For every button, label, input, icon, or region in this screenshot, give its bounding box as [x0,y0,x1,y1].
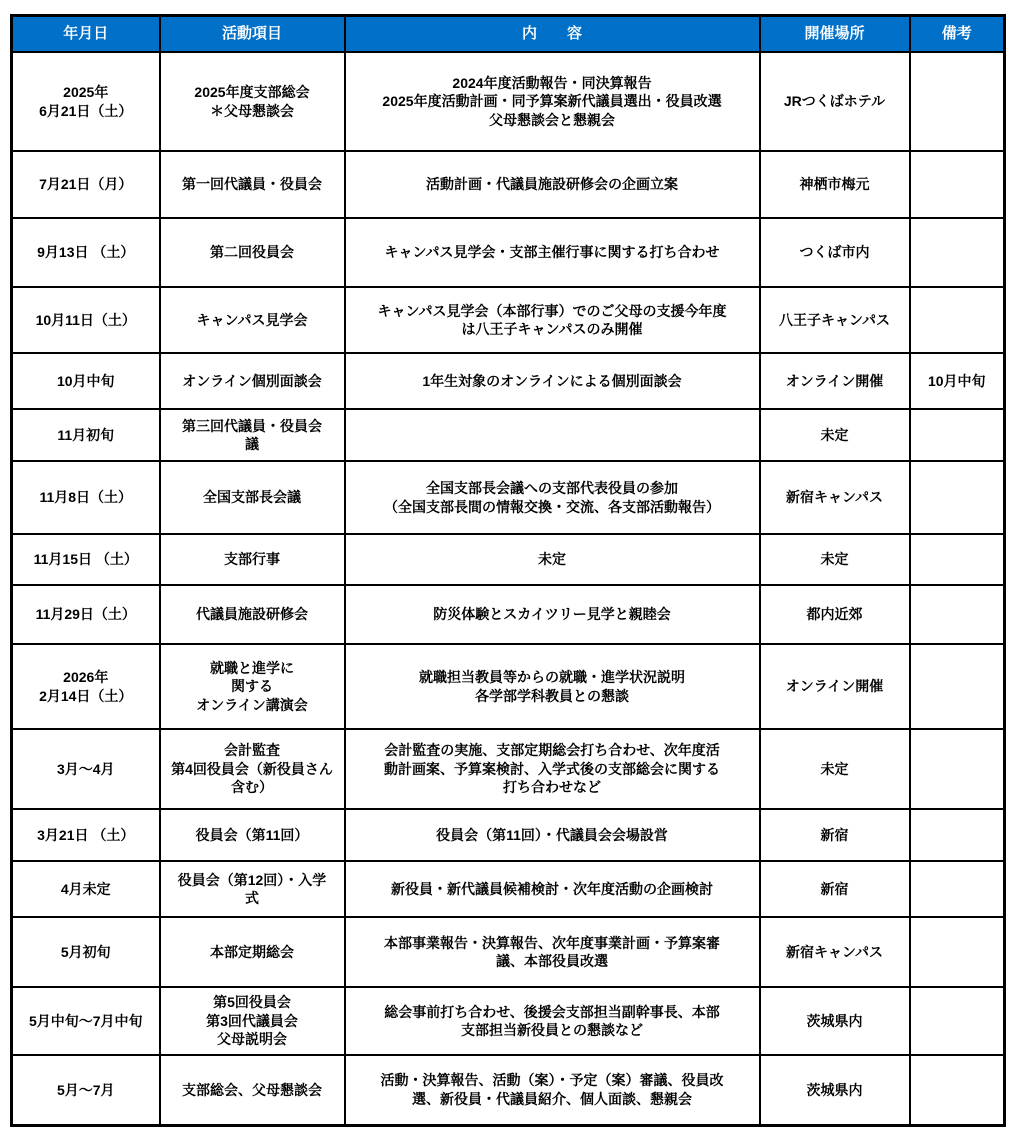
table-row: 5月中旬～7月中旬 第5回役員会 第3回代議員会 父母説明会 総会事前打ち合わせ… [12,987,1005,1055]
venue-cell: 神栖市梅元 [760,151,910,218]
note-cell [910,585,1005,644]
content-cell: 未定 [345,534,760,585]
venue-cell: オンライン開催 [760,644,910,729]
table-row: 11月初旬 第三回代議員・役員会 議 未定 [12,409,1005,461]
table-row: 7月21日（月） 第一回代議員・役員会 活動計画・代議員施設研修会の企画立案 神… [12,151,1005,218]
content-cell: 防災体験とスカイツリー見学と親睦会 [345,585,760,644]
activity-cell: 就職と進学に 関する オンライン講演会 [160,644,345,729]
content-cell: 会計監査の実施、支部定期総会打ち合わせ、次年度活 動計画案、予算案検討、入学式後… [345,729,760,809]
note-cell [910,287,1005,353]
note-cell [910,461,1005,534]
date-cell: 11月15日 （土） [12,534,160,585]
activity-cell: 役員会（第12回）・入学 式 [160,861,345,917]
table-row: 3月21日 （土） 役員会（第11回） 役員会（第11回）・代議員会会場設営 新… [12,809,1005,861]
activity-cell: 第二回役員会 [160,218,345,287]
activity-cell: 役員会（第11回） [160,809,345,861]
date-cell: 11月29日（土） [12,585,160,644]
note-cell [910,409,1005,461]
note-cell [910,809,1005,861]
content-cell: 本部事業報告・決算報告、次年度事業計画・予算案審 議、本部役員改選 [345,917,760,987]
venue-cell: 都内近郊 [760,585,910,644]
table-row: 10月中旬 オンライン個別面談会 1年生対象のオンラインによる個別面談会 オンラ… [12,353,1005,409]
content-cell: 活動計画・代議員施設研修会の企画立案 [345,151,760,218]
date-cell: 4月未定 [12,861,160,917]
table-row: 5月～7月 支部総会、父母懇談会 活動・決算報告、活動（案）・予定（案）審議、役… [12,1055,1005,1125]
activity-cell: 本部定期総会 [160,917,345,987]
date-cell: 11月8日（土） [12,461,160,534]
date-cell: 3月～4月 [12,729,160,809]
venue-cell: 未定 [760,409,910,461]
note-cell [910,861,1005,917]
venue-cell: JRつくばホテル [760,52,910,151]
venue-cell: オンライン開催 [760,353,910,409]
note-cell [910,987,1005,1055]
table-row: 2025年 6月21日（土） 2025年度支部総会 ＊父母懇談会 2024年度活… [12,52,1005,151]
table-row: 11月8日（土） 全国支部長会議 全国支部長会議への支部代表役員の参加 （全国支… [12,461,1005,534]
note-cell [910,151,1005,218]
note-cell [910,534,1005,585]
date-cell: 9月13日 （土） [12,218,160,287]
venue-cell: 茨城県内 [760,1055,910,1125]
note-cell [910,644,1005,729]
table-row: 11月15日 （土） 支部行事 未定 未定 [12,534,1005,585]
activity-cell: 支部総会、父母懇談会 [160,1055,345,1125]
venue-cell: 新宿キャンパス [760,461,910,534]
table-row: 10月11日（土） キャンパス見学会 キャンパス見学会（本部行事）でのご父母の支… [12,287,1005,353]
venue-cell: つくば市内 [760,218,910,287]
activity-cell: 代議員施設研修会 [160,585,345,644]
date-cell: 5月中旬～7月中旬 [12,987,160,1055]
activity-cell: 第一回代議員・役員会 [160,151,345,218]
date-cell: 10月11日（土） [12,287,160,353]
date-cell: 5月～7月 [12,1055,160,1125]
activity-schedule-table: 年月日 活動項目 内 容 開催場所 備考 2025年 6月21日（土） 2025… [10,14,1006,1127]
venue-cell: 新宿 [760,861,910,917]
note-cell [910,729,1005,809]
venue-cell: 新宿キャンパス [760,917,910,987]
table-row: 2026年 2月14日（土） 就職と進学に 関する オンライン講演会 就職担当教… [12,644,1005,729]
table-row: 11月29日（土） 代議員施設研修会 防災体験とスカイツリー見学と親睦会 都内近… [12,585,1005,644]
content-cell: キャンパス見学会（本部行事）でのご父母の支援今年度 は八王子キャンパスのみ開催 [345,287,760,353]
content-cell [345,409,760,461]
note-cell [910,1055,1005,1125]
venue-cell: 未定 [760,534,910,585]
activity-cell: 2025年度支部総会 ＊父母懇談会 [160,52,345,151]
column-header-note: 備考 [910,16,1005,53]
date-cell: 3月21日 （土） [12,809,160,861]
table-row: 4月未定 役員会（第12回）・入学 式 新役員・新代議員候補検討・次年度活動の企… [12,861,1005,917]
content-cell: 活動・決算報告、活動（案）・予定（案）審議、役員改 選、新役員・代議員紹介、個人… [345,1055,760,1125]
activity-cell: キャンパス見学会 [160,287,345,353]
activity-cell: 全国支部長会議 [160,461,345,534]
column-header-venue: 開催場所 [760,16,910,53]
column-header-activity: 活動項目 [160,16,345,53]
date-cell: 10月中旬 [12,353,160,409]
activity-cell: 第5回役員会 第3回代議員会 父母説明会 [160,987,345,1055]
date-cell: 2026年 2月14日（土） [12,644,160,729]
note-cell [910,218,1005,287]
activity-cell: オンライン個別面談会 [160,353,345,409]
column-header-date: 年月日 [12,16,160,53]
content-cell: キャンパス見学会・支部主催行事に関する打ち合わせ [345,218,760,287]
table-header-row: 年月日 活動項目 内 容 開催場所 備考 [12,16,1005,53]
content-cell: 1年生対象のオンラインによる個別面談会 [345,353,760,409]
activity-cell: 第三回代議員・役員会 議 [160,409,345,461]
date-cell: 5月初旬 [12,917,160,987]
activity-cell: 支部行事 [160,534,345,585]
table-row: 5月初旬 本部定期総会 本部事業報告・決算報告、次年度事業計画・予算案審 議、本… [12,917,1005,987]
venue-cell: 茨城県内 [760,987,910,1055]
content-cell: 役員会（第11回）・代議員会会場設営 [345,809,760,861]
note-cell [910,917,1005,987]
table-row: 3月～4月 会計監査 第4回役員会（新役員さん含む） 会計監査の実施、支部定期総… [12,729,1005,809]
content-cell: 2024年度活動報告・同決算報告 2025年度活動計画・同予算案新代議員選出・役… [345,52,760,151]
date-cell: 2025年 6月21日（土） [12,52,160,151]
content-cell: 就職担当教員等からの就職・進学状況説明 各学部学科教員との懇談 [345,644,760,729]
content-cell: 全国支部長会議への支部代表役員の参加 （全国支部長間の情報交換・交流、各支部活動… [345,461,760,534]
column-header-content: 内 容 [345,16,760,53]
content-cell: 総会事前打ち合わせ、後援会支部担当副幹事長、本部 支部担当新役員との懇談など [345,987,760,1055]
note-cell [910,52,1005,151]
note-cell: 10月中旬 [910,353,1005,409]
table-row: 9月13日 （土） 第二回役員会 キャンパス見学会・支部主催行事に関する打ち合わ… [12,218,1005,287]
venue-cell: 八王子キャンパス [760,287,910,353]
venue-cell: 新宿 [760,809,910,861]
venue-cell: 未定 [760,729,910,809]
date-cell: 11月初旬 [12,409,160,461]
date-cell: 7月21日（月） [12,151,160,218]
activity-cell: 会計監査 第4回役員会（新役員さん含む） [160,729,345,809]
content-cell: 新役員・新代議員候補検討・次年度活動の企画検討 [345,861,760,917]
